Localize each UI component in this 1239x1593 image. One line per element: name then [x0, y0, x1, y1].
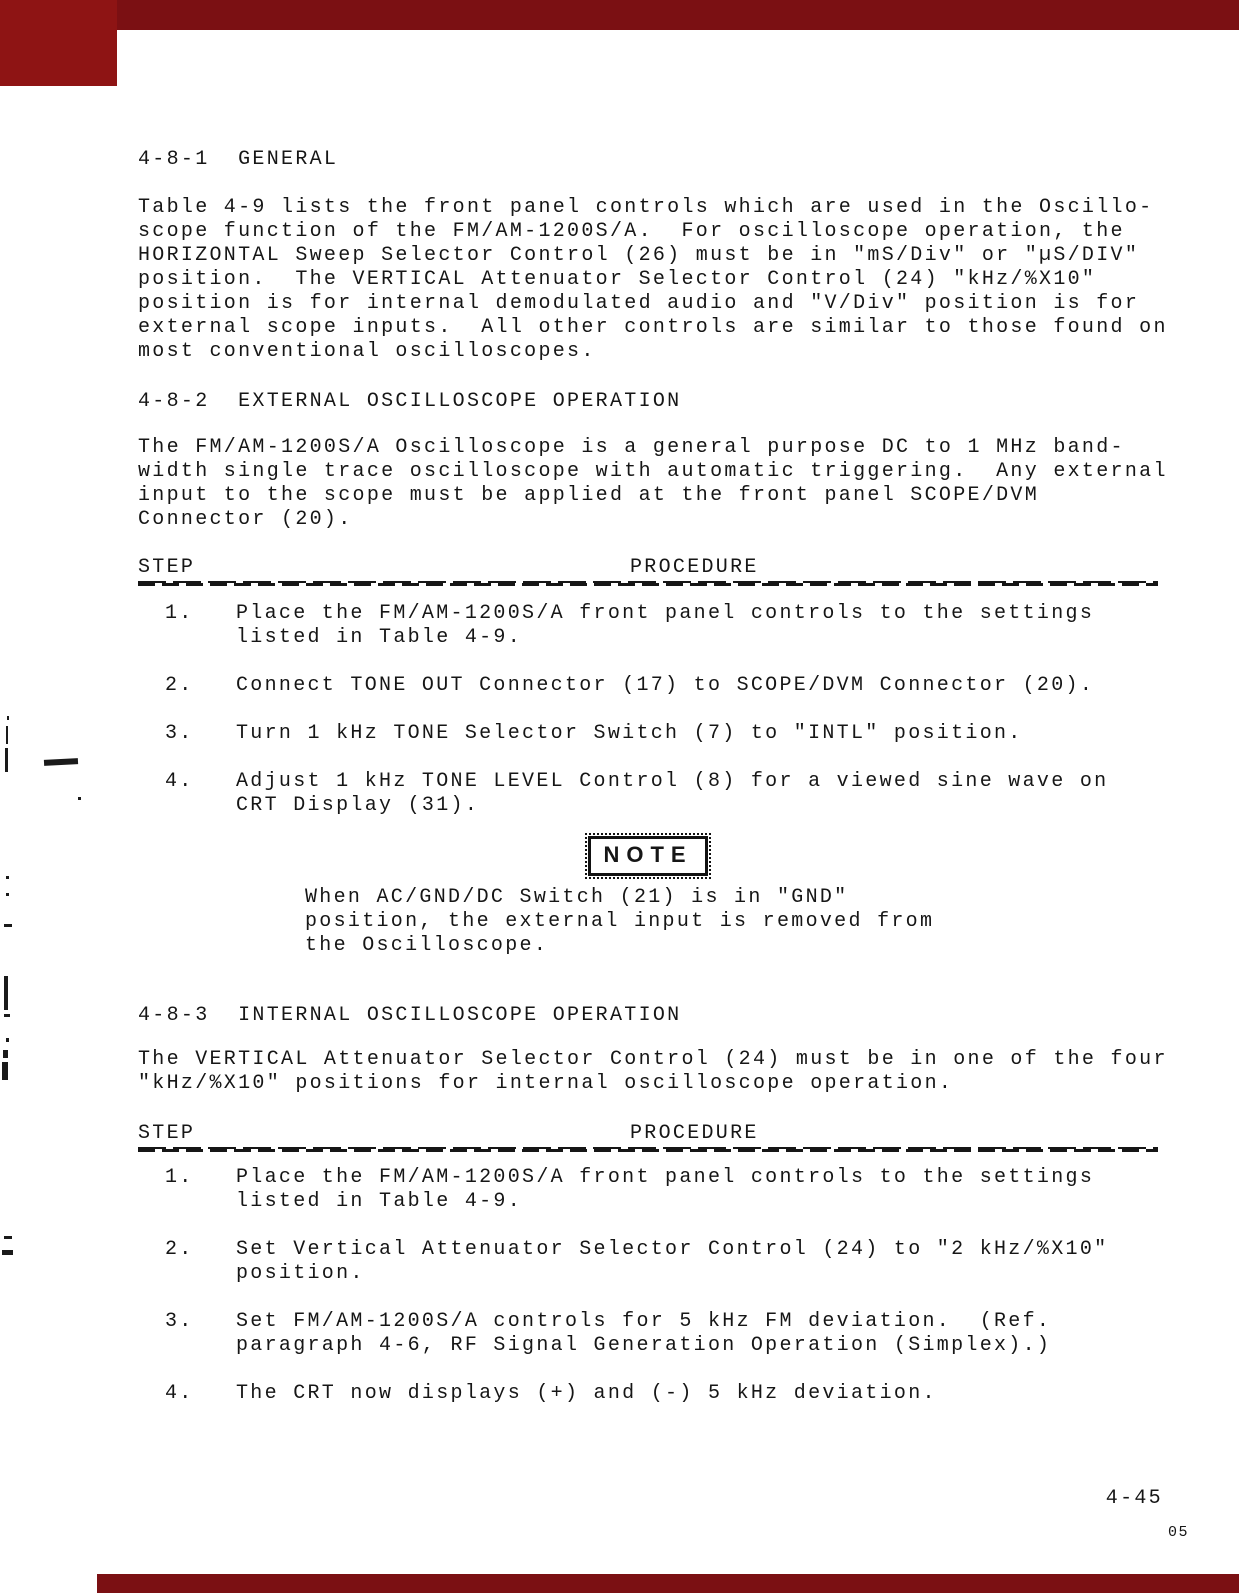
- scan-mark: [4, 976, 8, 1010]
- step-text: Place the FM/AM-1200S/A front panel cont…: [236, 1166, 1158, 1214]
- procedure2-step-1: 1. Place the FM/AM-1200S/A front panel c…: [138, 1166, 1158, 1214]
- page-content: 4-8-1 GENERAL Table 4-9 lists the front …: [138, 140, 1213, 1406]
- step-number: 4.: [138, 770, 236, 818]
- scan-mark: [3, 1050, 8, 1058]
- page-stamp: 05: [1168, 1524, 1189, 1541]
- procedure1-step-4: 4. Adjust 1 kHz TONE LEVEL Control (8) f…: [138, 770, 1158, 818]
- step-text: Set FM/AM-1200S/A controls for 5 kHz FM …: [236, 1310, 1158, 1358]
- step-text: Turn 1 kHz TONE Selector Switch (7) to "…: [236, 722, 1158, 746]
- scan-mark: [5, 748, 8, 772]
- step-text: Place the FM/AM-1200S/A front panel cont…: [236, 602, 1158, 650]
- manual-page: 4-8-1 GENERAL Table 4-9 lists the front …: [0, 0, 1239, 1593]
- step-number: 1.: [138, 1166, 236, 1214]
- scan-border-top-left: [0, 0, 117, 86]
- step-text: The CRT now displays (+) and (-) 5 kHz d…: [236, 1382, 1158, 1406]
- procedure1-step-3: 3. Turn 1 kHz TONE Selector Switch (7) t…: [138, 722, 1158, 746]
- procedure1-step-2: 2. Connect TONE OUT Connector (17) to SC…: [138, 674, 1158, 698]
- scan-mark: [4, 1236, 12, 1239]
- section-body-4-8-1: Table 4-9 lists the front panel controls…: [138, 196, 1213, 364]
- scan-mark: [6, 876, 9, 879]
- header-rule: [138, 1147, 1158, 1152]
- procedure1-step-1: 1. Place the FM/AM-1200S/A front panel c…: [138, 602, 1158, 650]
- section-body-4-8-3: The VERTICAL Attenuator Selector Control…: [138, 1048, 1213, 1096]
- step-column-label: STEP: [138, 556, 195, 580]
- procedure-table-header-1: STEP PROCEDURE: [138, 556, 1158, 586]
- scan-mark: [7, 716, 9, 720]
- scan-border-top: [0, 0, 1239, 30]
- scan-mark: [2, 1062, 8, 1080]
- procedure-table-header-2: STEP PROCEDURE: [138, 1122, 1158, 1152]
- header-rule: [138, 581, 1158, 586]
- step-column-label: STEP: [138, 1122, 195, 1146]
- scan-border-bottom: [97, 1574, 1239, 1593]
- section-heading-4-8-3: 4-8-3 INTERNAL OSCILLOSCOPE OPERATION: [138, 1004, 1213, 1028]
- step-text: Set Vertical Attenuator Selector Control…: [236, 1238, 1158, 1286]
- scan-mark: [2, 1250, 13, 1255]
- procedure2-step-4: 4. The CRT now displays (+) and (-) 5 kH…: [138, 1382, 1158, 1406]
- scan-mark: [4, 1014, 10, 1017]
- note-text: When AC/GND/DC Switch (21) is in "GND" p…: [305, 886, 1213, 958]
- step-number: 1.: [138, 602, 236, 650]
- scan-mark: [6, 893, 9, 896]
- step-number: 2.: [138, 674, 236, 698]
- procedure2-step-2: 2. Set Vertical Attenuator Selector Cont…: [138, 1238, 1158, 1286]
- section-heading-4-8-2: 4-8-2 EXTERNAL OSCILLOSCOPE OPERATION: [138, 390, 1213, 414]
- step-text: Connect TONE OUT Connector (17) to SCOPE…: [236, 674, 1158, 698]
- procedure-column-label: PROCEDURE: [630, 1122, 759, 1146]
- step-number: 4.: [138, 1382, 236, 1406]
- section-heading-4-8-1: 4-8-1 GENERAL: [138, 148, 1213, 172]
- step-number: 2.: [138, 1238, 236, 1286]
- note-badge: NOTE: [588, 836, 707, 876]
- note-section: NOTE: [138, 836, 1158, 876]
- scan-mark: [4, 924, 12, 927]
- page-number: 4-45: [1106, 1487, 1163, 1510]
- step-text: Adjust 1 kHz TONE LEVEL Control (8) for …: [236, 770, 1158, 818]
- procedure-column-label: PROCEDURE: [630, 556, 759, 580]
- section-body-4-8-2: The FM/AM-1200S/A Oscilloscope is a gene…: [138, 436, 1213, 532]
- scan-mark-dash: [44, 758, 78, 766]
- procedure2-step-3: 3. Set FM/AM-1200S/A controls for 5 kHz …: [138, 1310, 1158, 1358]
- step-number: 3.: [138, 722, 236, 746]
- scan-mark: [6, 726, 8, 744]
- step-number: 3.: [138, 1310, 236, 1358]
- scan-mark: [6, 1038, 9, 1042]
- scan-mark: [78, 797, 81, 800]
